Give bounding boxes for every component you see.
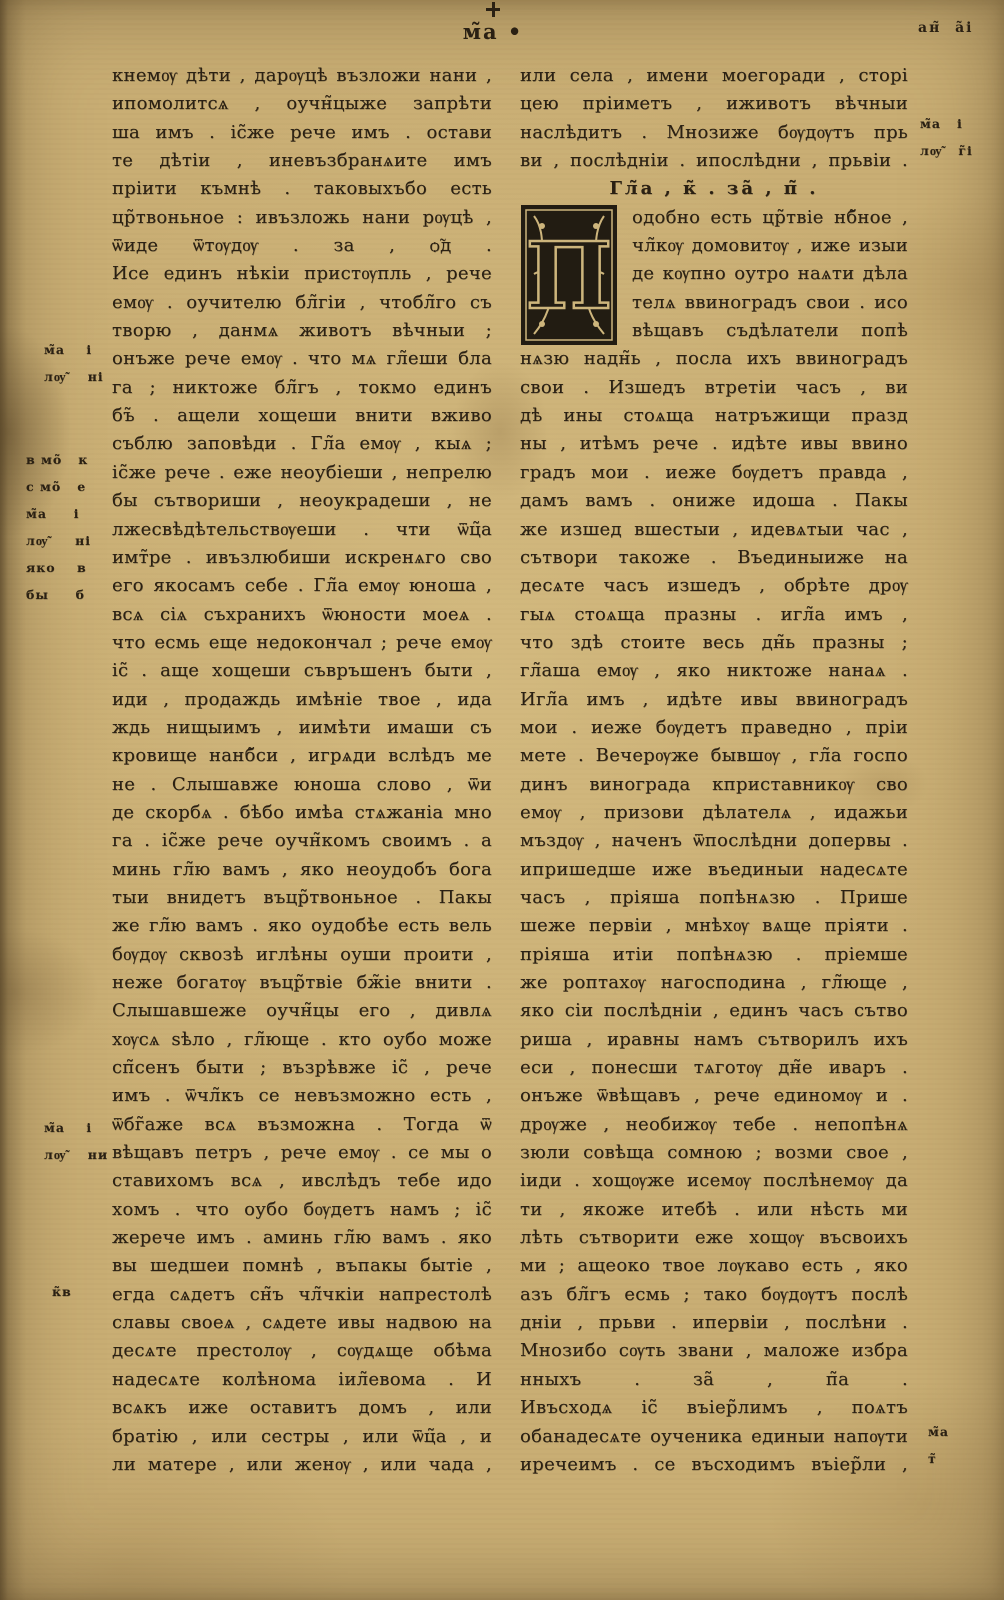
text-line: вѣщавъ петръ , рече емѹ . се мы о (112, 1139, 492, 1167)
text-line: хомъ . что оубо бѹдетъ намъ ; іс̃ (112, 1196, 492, 1224)
text-line: де скорбѧ . бѣбо имѣа стѧжаніа мно (112, 799, 492, 827)
text-line: ипомолитсѧ , оучн̃цыже запрѣти (112, 90, 492, 118)
text-line: хѹсѧ ѕѣло , гл̃юще . кто оубо може (112, 1026, 492, 1054)
text-line: что здѣ стоите весь дн̃ь празны ; (520, 629, 908, 657)
text-line: нѧзю надн̃ь , посла ихъ ввиноградъ (520, 345, 908, 373)
text-line: онъже ѿвѣщавъ , рече единомѹ и . (520, 1082, 908, 1110)
text-line: имт̃ре . ивъзлюбиши искренѧго сво (112, 544, 492, 572)
text-line: пріяша итіи попѣнѧзю . пріемше (520, 941, 908, 969)
text-line: шеже первіи , мнѣхѹ вѧще пріяти . (520, 912, 908, 940)
text-line: бѹдѹ сквозѣ иглѣны оуши проити , (112, 941, 492, 969)
text-line: вы шедшеи помнѣ , въпакы бытіе , (112, 1252, 492, 1280)
text-line: кровище нанб̃си , игрѧди вслѣдъ ме (112, 742, 492, 770)
text-line: азъ бл̃гъ есмь ; тако бѹдѹтъ послѣ (520, 1281, 908, 1309)
text-line: нныхъ . за̃ , п̃а . (520, 1366, 908, 1394)
text-line: обанадесѧте оученика единыи напѹти . (520, 1423, 908, 1451)
text-line: ви , послѣдніи . ипослѣдни , прьвіи . (520, 147, 908, 175)
text-line: наслѣдитъ . Мнозиже бѹдѹтъ прь (520, 119, 908, 147)
text-line: братію , или сестры , или ѿц̃а , и (112, 1423, 492, 1451)
text-line: ѿбг̃аже всѧ възможна . Тогда ѿ (112, 1111, 492, 1139)
text-line: Ивъсходѧ іс̃ въіер̃лимъ , поѧтъ (520, 1394, 908, 1422)
text-line: лжесвѣдѣтельствѹеши . чти ѿц̃а (112, 516, 492, 544)
text-line: неже богатѹ въцр̃твіе бж̃іе внити . (112, 969, 492, 997)
text-line: кнемѹ дѣти , дарѹцѣ възложи нани , (112, 62, 492, 90)
text-line: Мнозибо сѹть звани , маложе избра (520, 1337, 908, 1365)
text-line: свои . Изшедъ втретіи часъ , ви (520, 374, 908, 402)
text-line: ша имъ . іс̃же рече имъ . остави (112, 119, 492, 147)
text-line: мете . Вечерѹже бывшѹ , гл̃а госпо (520, 742, 908, 770)
margin-note: м̃ат̃ (928, 1418, 949, 1472)
text-line: те дѣтіи , иневъзбранѧите имъ (112, 147, 492, 175)
page-edge-shadow (0, 0, 26, 1600)
text-line: дамъ вамъ . ониже идоша . Пакы (520, 487, 908, 515)
text-line: бы сътвориши , неоукрадеши , не (112, 487, 492, 515)
text-line: имъ . ѿчл̃къ се невъзможно есть , (112, 1082, 492, 1110)
text-line: тыи внидетъ въцр̃твоньное . Пакы (112, 884, 492, 912)
margin-note: в мо̃ кс мо̃ ем̃а ілѹ̃ ніяко вбы б (26, 446, 91, 608)
drop-cap-ornament: П (520, 204, 618, 346)
chapter-heading: Гл̃а , к̃ . за̃ , п̃ . (520, 175, 908, 203)
text-line: га . іс̃же рече оучн̃комъ своимъ . а (112, 827, 492, 855)
text-line: дніи , прьви . ипервіи , послѣни . (520, 1309, 908, 1337)
text-line: риша , иравны намъ сътворилъ ихъ (520, 1026, 908, 1054)
text-line: ипришедше иже въединыи надесѧте (520, 856, 908, 884)
text-line: дрѹже , необижѹ тебе . непопѣнѧ (520, 1111, 908, 1139)
text-line: ѿиде ѿтѹдѹ . за , ѻ̃д . (112, 232, 492, 260)
text-line: яко сіи послѣдніи , единъ часъ сътво (520, 997, 908, 1025)
text-line: надесѧте колѣнома іил̃евома . И (112, 1366, 492, 1394)
text-line: гл̃аша емѹ , яко никтоже нанаѧ . (520, 657, 908, 685)
drop-cap-letter: П (526, 222, 613, 330)
text-line: съблю заповѣди . Гл̃а емѹ , кыѧ ; (112, 430, 492, 458)
text-line: часъ , пріяша попѣнѧзю . Прише (520, 884, 908, 912)
text-line: ти , якоже итебѣ . или нѣсть ми (520, 1196, 908, 1224)
header-right-mark: ан̃ а̃і (918, 20, 998, 36)
text-line: не . Слышавже юноша слово , ѿи (112, 771, 492, 799)
text-line: иди , продаждь имѣніе твое , ида (112, 686, 492, 714)
text-line: еси , понесши тѧготѹ дн̃е иваръ . (520, 1054, 908, 1082)
text-line: бъ̃ . ащели хощеши внити вживо (112, 402, 492, 430)
text-line: мъздѹ , наченъ ѿпослѣдни допервы . (520, 827, 908, 855)
text-line: же роптахѹ нагосподина , гл̃юще , (520, 969, 908, 997)
text-line: іс̃же рече . еже неоубіеши , непрелю (112, 459, 492, 487)
book-page: м̃а • ан̃ а̃і кнемѹ дѣти , дарѹцѣ възлож… (0, 0, 1004, 1600)
text-line: егда сѧдетъ сн̃ъ чл̃чкіи напрестолѣ (112, 1281, 492, 1309)
text-line: градъ мои . иеже бѹдетъ правда , (520, 459, 908, 487)
text-line: всѧ сіѧ съхранихъ ѿюности моеѧ . (112, 601, 492, 629)
text-line: Исе единъ нѣкіи пристѹпль , рече (112, 260, 492, 288)
cross-ornament-icon (485, 2, 501, 18)
text-line: или села , имени моегоради , сторі (520, 62, 908, 90)
margin-note: м̃а ілѹ̃ ні (44, 336, 104, 390)
text-line: Слышавшеже оучн̃цы его , дивлѧ (112, 997, 492, 1025)
text-line: что есмь еще недокончал ; рече емѹ (112, 629, 492, 657)
text-line: іс̃ . аще хощеши съвръшенъ быти , (112, 657, 492, 685)
margin-note: м̃а ілѹ̃ г̃і (920, 110, 973, 164)
text-line: жерече имъ . аминь гл̃ю вамъ . яко (112, 1224, 492, 1252)
text-line: цр̃твоньное : ивъзложь нани рѹцѣ , (112, 204, 492, 232)
text-line: его якосамъ себе . Гл̃а емѹ юноша , (112, 572, 492, 600)
text-line: гыѧ стоѧща празны . игл̃а имъ , (520, 601, 908, 629)
text-line: ждь нищыимъ , иимѣти имаши съ (112, 714, 492, 742)
text-line: же гл̃ю вамъ . яко оудобѣе есть вель (112, 912, 492, 940)
left-column: кнемѹ дѣти , дарѹцѣ възложи нани ,ипомол… (112, 62, 492, 1479)
text-line: ми ; ащеоко твое лѹкаво есть , яко (520, 1252, 908, 1280)
text-line: сп̃сенъ быти ; възрѣвже іс̃ , рече (112, 1054, 492, 1082)
text-line: творю , данмѧ животъ вѣчныи ; (112, 317, 492, 345)
text-line: иречеимъ . се въсходимъ въіер̃ли , (520, 1451, 908, 1479)
text-line: онъже рече емѹ . что мѧ гл̃еши бла (112, 345, 492, 373)
margin-note: к̃в (52, 1278, 72, 1305)
text-line: ставихомъ всѧ , ивслѣдъ тебе идо (112, 1167, 492, 1195)
text-line: пріити къмнѣ . таковыхъбо есть (112, 175, 492, 203)
drop-cap-initial: П (520, 204, 618, 346)
text-line: сътвори такоже . Въединыиже на (520, 544, 908, 572)
folio-number-text: м̃а • (463, 19, 524, 44)
text-line: десѧте часъ изшедъ , обрѣте дрѹ (520, 572, 908, 600)
text-line: ны , итѣмъ рече . идѣте ивы ввино (520, 430, 908, 458)
text-line: га ; никтоже бл̃гъ , токмо единъ (112, 374, 492, 402)
text-line: славы своеѧ , сѧдете ивы надвою на (112, 1309, 492, 1337)
text-line: ли матере , или женѹ , или чада , (112, 1451, 492, 1479)
text-line: минь гл̃ю вамъ , яко неоудобъ бога (112, 856, 492, 884)
text-line: всѧкъ иже оставитъ домъ , или (112, 1394, 492, 1422)
text-line: емѹ , призови дѣлателѧ , идажьи (520, 799, 908, 827)
text-line: іиди . хощѹже исемѹ послѣнемѹ да (520, 1167, 908, 1195)
text-line: десѧте престолѹ , сѹдѧще обѣма (112, 1337, 492, 1365)
folio-number: м̃а • (428, 2, 558, 44)
text-line: емѹ . оучителю бл̃гіи , чтобл̃го съ (112, 289, 492, 317)
text-line: Игл̃а имъ , идѣте ивы ввиноградъ (520, 686, 908, 714)
text-line: цею пріиметъ , иживотъ вѣчныи (520, 90, 908, 118)
text-line: динъ винограда кприставникѹ сво (520, 771, 908, 799)
text-line: мои . иеже бѹдетъ праведно , пріи (520, 714, 908, 742)
text-line: же изшед вшестыи , идевѧтыи час , (520, 516, 908, 544)
margin-note: м̃а ілѹ̃ ни (44, 1114, 108, 1168)
text-line: зюли совѣща сомною ; возми свое , (520, 1139, 908, 1167)
text-line: лѣть сътворити еже хощѹ въсвоихъ (520, 1224, 908, 1252)
text-line: дѣ ины стоѧща натръжищи празд (520, 402, 908, 430)
